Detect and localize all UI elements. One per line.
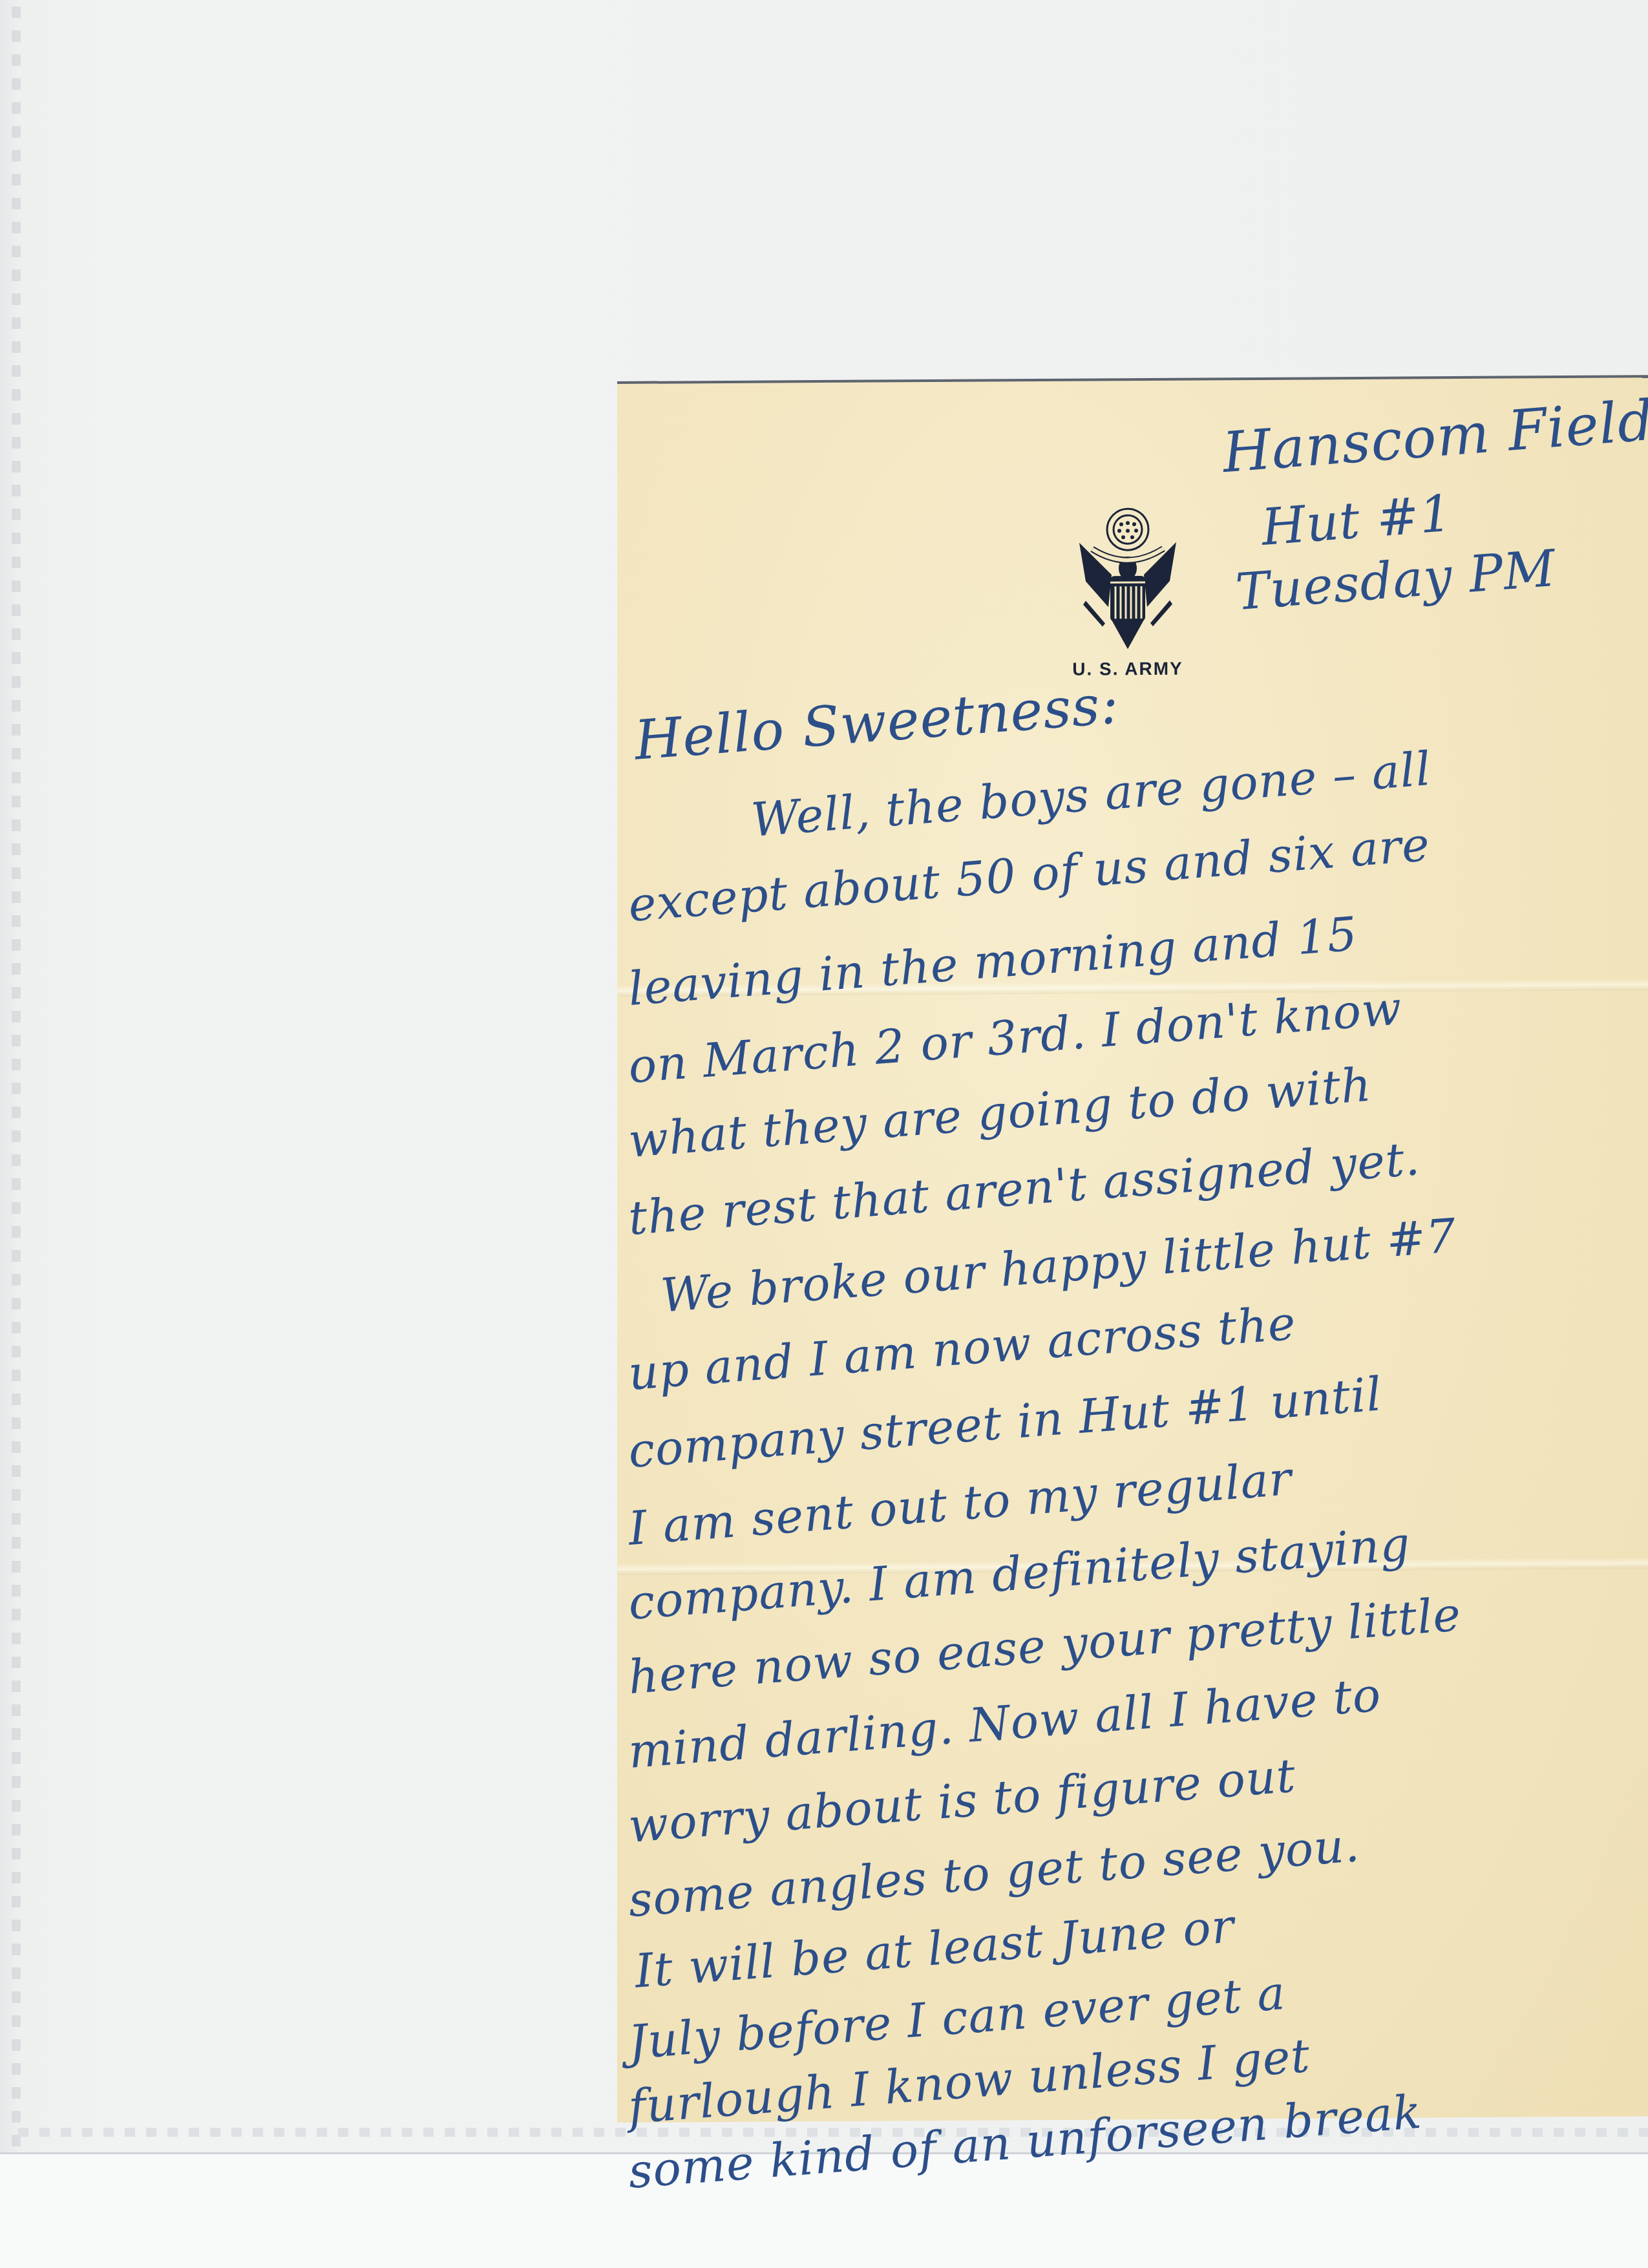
heading-location: Hanscom Field [1221,393,1648,481]
sleeve-left-perforation [12,0,21,2152]
heading-hut: Hut #1 [1260,489,1454,553]
salutation: Hello Sweetness: [633,677,1121,768]
letter-page: U. S. ARMY Hanscom Field Hut #1 Tuesday … [617,375,1648,2123]
letterhead: U. S. ARMY [1057,503,1199,680]
great-seal-eagle-icon [1073,503,1183,653]
